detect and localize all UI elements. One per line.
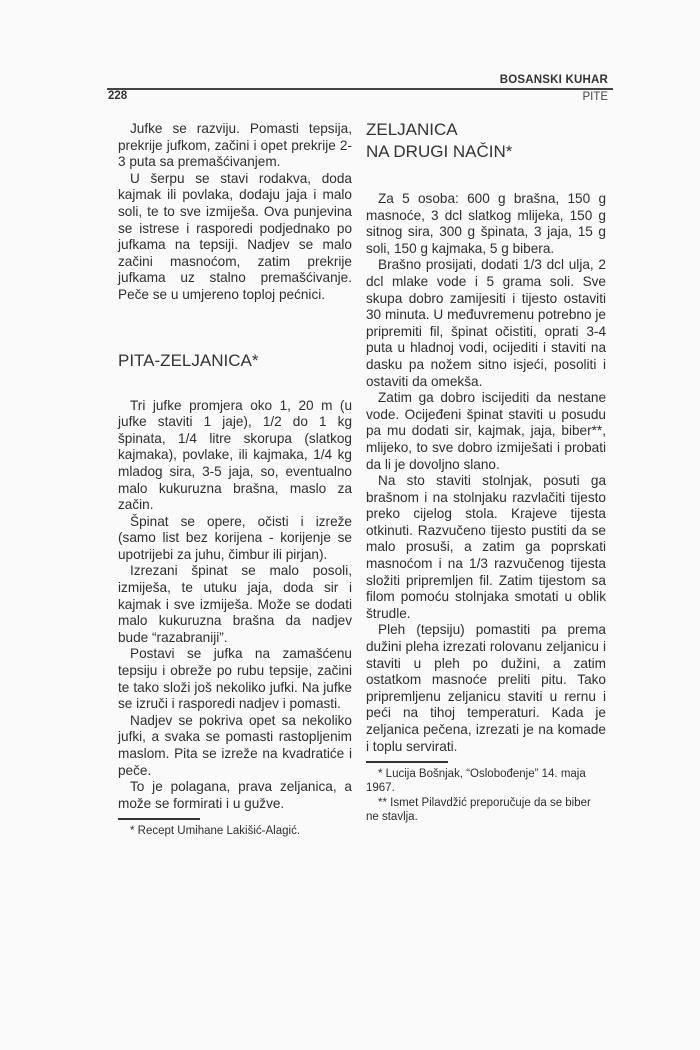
paragraph: Nadjev se pokriva opet sa nekoliko jufki… bbox=[118, 713, 352, 779]
left-column: Jufke se razviju. Pomasti tepsija, prekr… bbox=[118, 121, 352, 838]
right-column: ZELJANICA NA DRUGI NAČIN* Za 5 osoba: 60… bbox=[366, 119, 606, 825]
footnote: * Recept Umihane Lakišić-Alagić. bbox=[118, 824, 352, 839]
paragraph: Za 5 osoba: 600 g brašna, 150 g masnoće,… bbox=[366, 191, 606, 257]
running-header-title: BOSANSKI KUHAR bbox=[420, 74, 608, 86]
paragraph: To je polagana, prava zeljanica, a može … bbox=[118, 779, 352, 812]
footnote: ** Ismet Pilavdžić preporučuje da se bib… bbox=[366, 796, 606, 825]
paragraph: Zatim ga dobro iscijediti da nestane vod… bbox=[366, 390, 606, 473]
footnote-rule bbox=[118, 818, 200, 820]
paragraph: Tri jufke promjera oko 1, 20 m (u jufke … bbox=[118, 398, 352, 514]
footnote: * Lucija Bošnjak, “Oslobođenje” 14. maja… bbox=[366, 767, 606, 796]
paragraph: U šerpu se stavi rodakva, doda kajmak il… bbox=[118, 171, 352, 304]
recipe-title-line2: NA DRUGI NAČIN* bbox=[366, 141, 606, 163]
header-rule bbox=[107, 88, 613, 90]
recipe-title-line1: ZELJANICA bbox=[366, 119, 606, 141]
footnote-rule bbox=[366, 761, 448, 763]
paragraph: Jufke se razviju. Pomasti tepsija, prekr… bbox=[118, 121, 352, 171]
paragraph: Brašno prosijati, dodati 1/3 dcl ulja, 2… bbox=[366, 257, 606, 390]
recipe-title: PITA-ZELJANICA* bbox=[118, 350, 352, 372]
paragraph: Izrezani špinat se malo posoli, izmiješa… bbox=[118, 563, 352, 646]
paragraph: Pleh (tepsiju) pomastiti pa prema dužini… bbox=[366, 622, 606, 755]
paragraph: Postavi se jufka na zamašćenu tepsiju i … bbox=[118, 646, 352, 712]
page-number: 228 bbox=[108, 90, 127, 102]
paragraph: Na sto staviti stolnjak, posuti ga brašn… bbox=[366, 473, 606, 622]
section-label: PITE bbox=[420, 91, 608, 103]
paragraph: Špinat se opere, očisti i izreže (samo l… bbox=[118, 514, 352, 564]
